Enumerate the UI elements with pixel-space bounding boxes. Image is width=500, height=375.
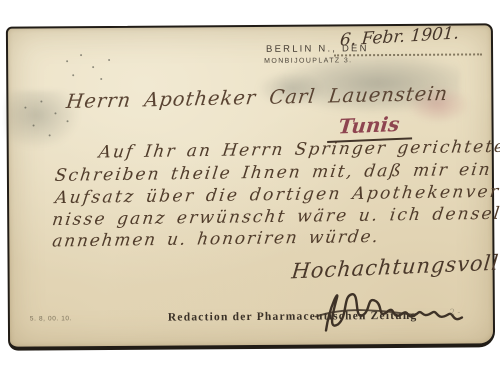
postcard: BERLIN N., DEN MONBIJOUPLATZ 3. 6. Febr.… [6, 23, 495, 350]
body-line: nisse ganz erwünscht wäre u. ich denselb… [52, 203, 500, 230]
body-line: Auf Ihr an Herrn Springer gerichtetes [99, 137, 500, 163]
print-code: 5. 8, 00. 10. [30, 315, 72, 322]
signature-scrawl [310, 281, 472, 344]
closing-salutation: Hochachtungsvoll [291, 251, 500, 284]
ink-speckles [58, 50, 128, 90]
letterhead-street: MONBIJOUPLATZ 3. [264, 57, 352, 65]
recipient-name: Herrn Apotheker Carl Lauenstein [66, 82, 448, 113]
scanned-postcard-image: BERLIN N., DEN MONBIJOUPLATZ 3. 6. Febr.… [0, 0, 500, 375]
pencil-mark: 2 - [450, 308, 460, 317]
body-line: annehmen u. honoriren würde. [52, 227, 379, 252]
